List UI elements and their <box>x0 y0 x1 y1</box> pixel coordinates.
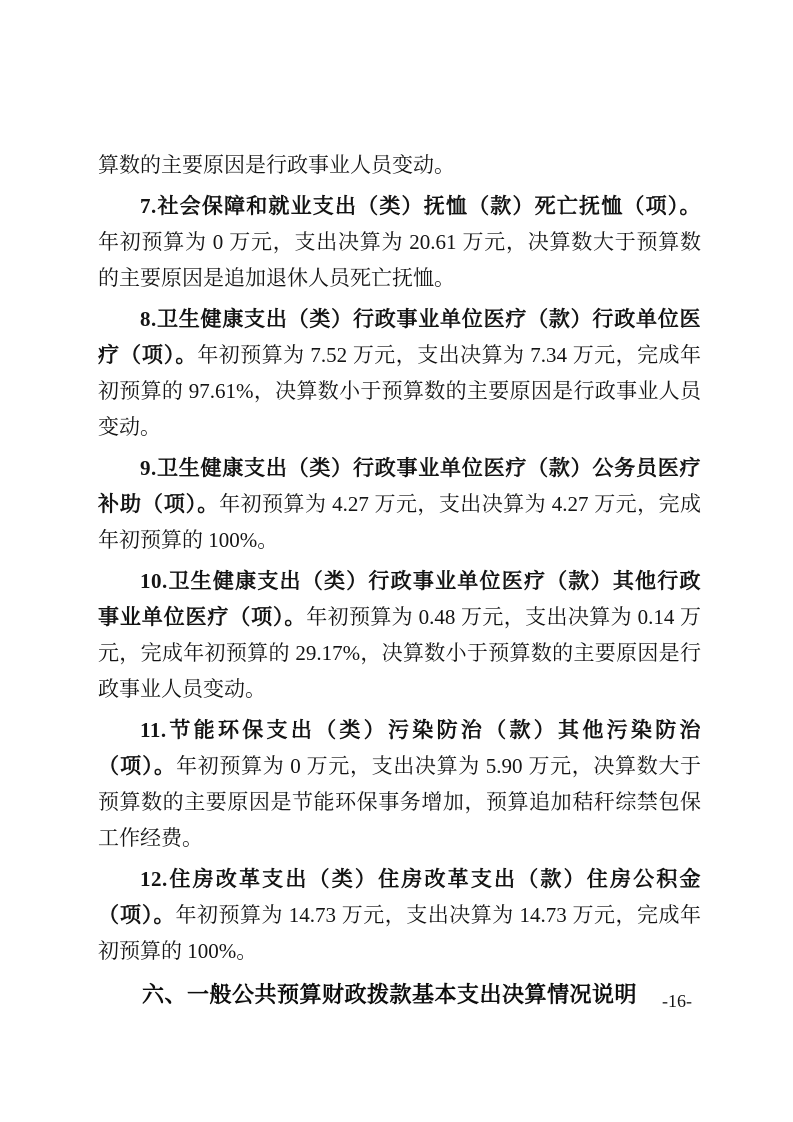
document-page: 算数的主要原因是行政事业人员变动。 7.社会保障和就业支出（类）抚恤（款）死亡抚… <box>0 0 793 1122</box>
document-body: 算数的主要原因是行政事业人员变动。 7.社会保障和就业支出（类）抚恤（款）死亡抚… <box>98 147 701 1013</box>
item-body: 年初预算为 0 万元，支出决算为 5.90 万元，决算数大于预算数的主要原因是节… <box>98 754 701 850</box>
page-number: -16- <box>662 991 692 1012</box>
section-heading: 六、一般公共预算财政拨款基本支出决算情况说明 <box>98 977 701 1013</box>
item-heading: 7.社会保障和就业支出（类）抚恤（款）死亡抚恤（项）。 <box>140 194 701 218</box>
budget-item-paragraph: 8.卫生健康支出（类）行政事业单位医疗（款）行政单位医疗（项）。年初预算为 7.… <box>98 301 701 445</box>
item-body: 年初预算为 14.73 万元，支出决算为 14.73 万元，完成年初预算的 10… <box>98 903 701 963</box>
budget-item-paragraph: 12.住房改革支出（类）住房改革支出（款）住房公积金（项）。年初预算为 14.7… <box>98 861 701 969</box>
continuation-paragraph: 算数的主要原因是行政事业人员变动。 <box>98 147 701 183</box>
budget-item-paragraph: 10.卫生健康支出（类）行政事业单位医疗（款）其他行政事业单位医疗（项）。年初预… <box>98 563 701 707</box>
continuation-text: 算数的主要原因是行政事业人员变动。 <box>98 153 455 177</box>
budget-item-paragraph: 11.节能环保支出（类）污染防治（款）其他污染防治（项）。年初预算为 0 万元，… <box>98 712 701 856</box>
budget-item-paragraph: 9.卫生健康支出（类）行政事业单位医疗（款）公务员医疗补助（项）。年初预算为 4… <box>98 450 701 558</box>
item-body: 年初预算为 0 万元，支出决算为 20.61 万元，决算数大于预算数的主要原因是… <box>98 230 701 290</box>
budget-item-paragraph: 7.社会保障和就业支出（类）抚恤（款）死亡抚恤（项）。年初预算为 0 万元，支出… <box>98 188 701 296</box>
